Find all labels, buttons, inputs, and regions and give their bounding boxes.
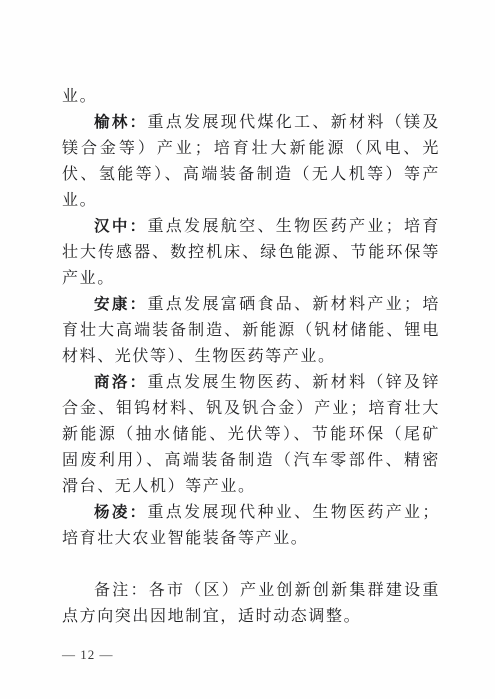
page-number: — 12 — xyxy=(62,647,114,663)
city-label-ankang: 安康： xyxy=(94,296,147,313)
continuation-paragraph: 业。 xyxy=(62,84,440,110)
paragraph-hanzhong: 汉中：重点发展航空、生物医药产业；培育壮大传感器、数控机床、绿色能源、节能环保等… xyxy=(62,214,440,292)
document-body: 业。 榆林：重点发展现代煤化工、新材料（镁及镁合金等）产业；培育壮大新能源（风电… xyxy=(62,84,440,630)
paragraph-text-shangluo: 重点发展生物医药、新材料（锌及锌合金、钼钨材料、钒及钒合金）产业；培育壮大新能源… xyxy=(62,374,440,495)
city-label-hanzhong: 汉中： xyxy=(94,218,147,235)
city-label-shangluo: 商洛： xyxy=(94,374,147,391)
page-number-text: — 12 — xyxy=(62,647,114,662)
continuation-text: 业。 xyxy=(62,88,97,105)
blank-line-spacer xyxy=(62,552,440,578)
paragraph-yulin: 榆林：重点发展现代煤化工、新材料（镁及镁合金等）产业；培育壮大新能源（风电、光伏… xyxy=(62,110,440,214)
paragraph-ankang: 安康：重点发展富硒食品、新材料产业；培育壮大高端装备制造、新能源（钒材储能、锂电… xyxy=(62,292,440,370)
city-label-yulin: 榆林： xyxy=(94,114,147,131)
city-label-yangling: 杨凌： xyxy=(94,504,147,521)
paragraph-shangluo: 商洛：重点发展生物医药、新材料（锌及锌合金、钼钨材料、钒及钒合金）产业；培育壮大… xyxy=(62,370,440,500)
note-label: 备注： xyxy=(94,582,149,599)
paragraph-yangling: 杨凌：重点发展现代种业、生物医药产业；培育壮大农业智能装备等产业。 xyxy=(62,500,440,552)
document-page: 业。 榆林：重点发展现代煤化工、新材料（镁及镁合金等）产业；培育壮大新能源（风电… xyxy=(0,0,495,699)
paragraph-note: 备注：各市（区）产业创新创新集群建设重点方向突出因地制宜，适时动态调整。 xyxy=(62,578,440,630)
